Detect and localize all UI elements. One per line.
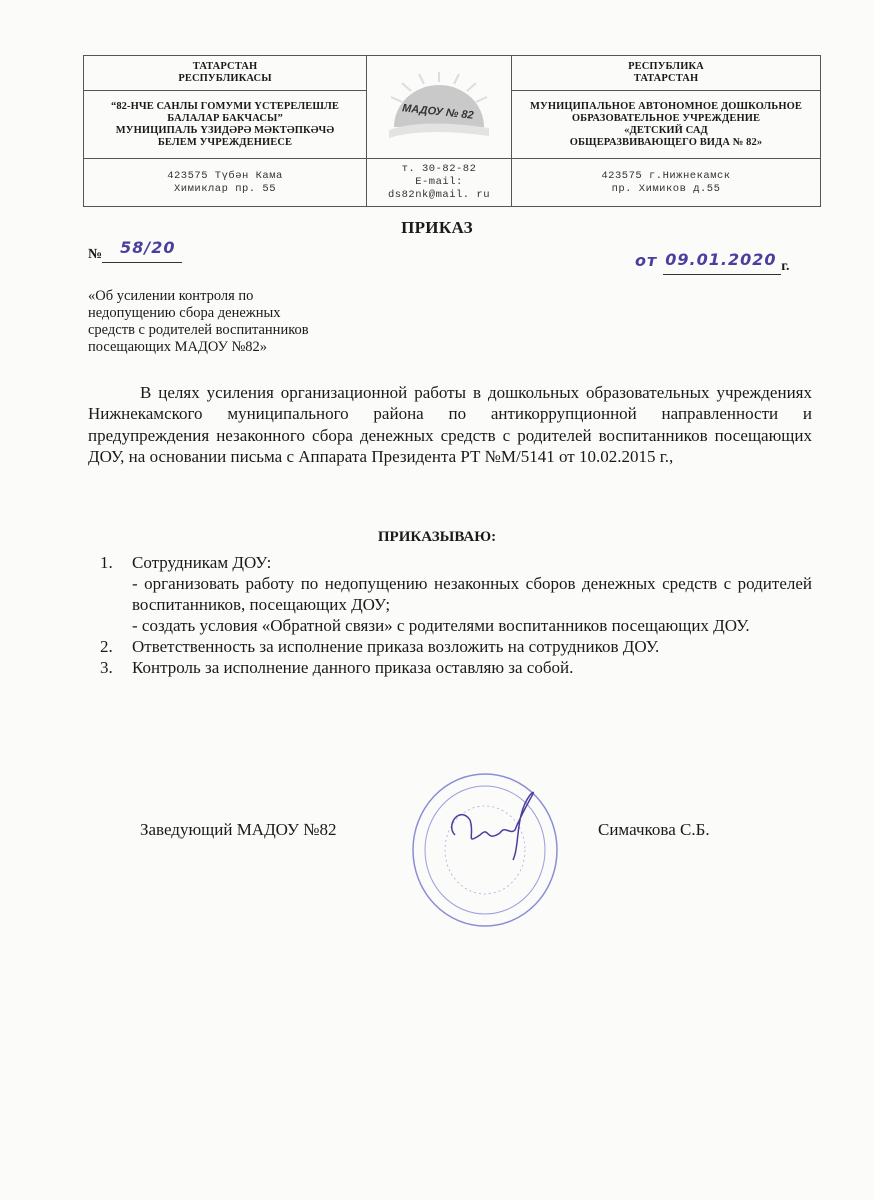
logo-icon: МАДОУ № 82	[384, 72, 494, 142]
item-text: Сотрудникам ДОУ:	[132, 552, 812, 573]
order-number: №58/20	[88, 246, 182, 263]
text-line: ОБРАЗОВАТЕЛЬНОЕ УЧРЕЖДЕНИЕ	[572, 113, 760, 125]
handwritten-date-prefix: от	[635, 251, 657, 270]
letterhead-right: РЕСПУБЛИКА ТАТАРСТАН МУНИЦИПАЛЬНОЕ АВТОН…	[511, 56, 820, 206]
right-org: МУНИЦИПАЛЬНОЕ АВТОНОМНОЕ ДОШКОЛЬНОЕ ОБРА…	[512, 90, 820, 158]
number-label: №	[88, 247, 102, 262]
order-item-1: 1. Сотрудникам ДОУ: - организовать работ…	[100, 552, 812, 636]
email-text: ds82nk@mail. ru	[388, 189, 490, 202]
item-text: Контроль за исполнение данного приказа о…	[132, 657, 812, 678]
phone-text: т. 30-82-82	[402, 163, 477, 176]
text-line: недопущению сбора денежных	[88, 305, 358, 322]
text-line: ОБЩЕРАЗВИВАЮЩЕГО ВИДА № 82»	[570, 137, 762, 149]
text-line: посещающих МАДОУ №82»	[88, 339, 358, 356]
text-line: средств с родителей воспитанников	[88, 322, 358, 339]
item-text: Ответственность за исполнение приказа во…	[132, 636, 812, 657]
text-line: E-mail:	[415, 176, 463, 189]
order-item-2: 2. Ответственность за исполнение приказа…	[100, 636, 812, 657]
order-subject: «Об усилении контроля по недопущению сбо…	[88, 288, 358, 356]
text-line: 423575 Түбән Кама	[167, 170, 283, 183]
signatory-position: Заведующий МАДОУ №82	[140, 820, 337, 840]
item-number: 3.	[100, 657, 113, 678]
left-org: “82-НЧЕ САНЛЫ ГОМУМИ ҮСТЕРЕЛЕШЛЕ БАЛАЛАР…	[84, 90, 366, 158]
order-heading: ПРИКАЗЫВАЮ:	[0, 529, 874, 546]
right-region: РЕСПУБЛИКА ТАТАРСТАН	[512, 56, 820, 90]
text-line: РЕСПУБЛИКАСЫ	[178, 73, 271, 85]
item-number: 2.	[100, 636, 113, 657]
preamble-paragraph: В целях усиления организационной работы …	[88, 382, 812, 467]
handwritten-date: 09.01.2020	[665, 250, 776, 269]
text-line: БАЛАЛАР БАКЧАСЫ”	[167, 113, 283, 125]
order-items: 1. Сотрудникам ДОУ: - организовать работ…	[100, 552, 812, 678]
text-line: пр. Химиков д.55	[612, 183, 721, 196]
left-address: 423575 Түбән Кама Химиклар пр. 55	[84, 158, 366, 206]
left-region: ТАТАРСТАН РЕСПУБЛИКАСЫ	[84, 56, 366, 90]
subitem-text: - организовать работу по недопущению нез…	[132, 573, 812, 615]
text-line: Химиклар пр. 55	[174, 183, 276, 196]
logo-cell: МАДОУ № 82	[367, 56, 511, 158]
text-line: МУНИЦИПАЛЬ ҮЗИДӘРӘ МӘКТӘПКӘЧӘ	[116, 125, 334, 137]
text-line: «ДЕТСКИЙ САД	[624, 125, 708, 137]
handwritten-number: 58/20	[120, 238, 175, 257]
order-date: от09.01.2020г.	[635, 252, 790, 275]
item-number: 1.	[100, 552, 113, 573]
order-item-3: 3. Контроль за исполнение данного приказ…	[100, 657, 812, 678]
text-line: 423575 г.Нижнекамск	[601, 170, 730, 183]
document-title: ПРИКАЗ	[0, 218, 874, 238]
text-line: “82-НЧЕ САНЛЫ ГОМУМИ ҮСТЕРЕЛЕШЛЕ	[111, 101, 339, 113]
document-page: ТАТАРСТАН РЕСПУБЛИКАСЫ “82-НЧЕ САНЛЫ ГОМ…	[0, 0, 874, 1200]
stamp-icon	[405, 765, 565, 930]
subitem-text: - создать условия «Обратной связи» с род…	[132, 615, 812, 636]
letterhead-table: ТАТАРСТАН РЕСПУБЛИКАСЫ “82-НЧЕ САНЛЫ ГОМ…	[83, 55, 821, 207]
signatory-name: Симачкова С.Б.	[598, 820, 710, 840]
letterhead-left: ТАТАРСТАН РЕСПУБЛИКАСЫ “82-НЧЕ САНЛЫ ГОМ…	[84, 56, 366, 206]
text-line: РЕСПУБЛИКА	[628, 61, 704, 73]
date-suffix: г.	[781, 259, 789, 274]
text-line: БЕЛЕМ УЧРЕЖДЕНИЕСЕ	[158, 137, 292, 149]
text-line: ТАТАРСТАН	[634, 73, 698, 85]
text-line: МУНИЦИПАЛЬНОЕ АВТОНОМНОЕ ДОШКОЛЬНОЕ	[530, 101, 802, 113]
date-line: 09.01.2020	[663, 252, 781, 275]
right-address: 423575 г.Нижнекамск пр. Химиков д.55	[512, 158, 820, 206]
text-line: «Об усилении контроля по	[88, 288, 358, 305]
number-line: 58/20	[102, 246, 182, 263]
text-line: ТАТАРСТАН	[193, 61, 257, 73]
letterhead-center: МАДОУ № 82 т. 30-82-82 E-mail: ds82nk@ma…	[366, 56, 511, 206]
center-contacts: т. 30-82-82 E-mail: ds82nk@mail. ru	[367, 158, 511, 206]
